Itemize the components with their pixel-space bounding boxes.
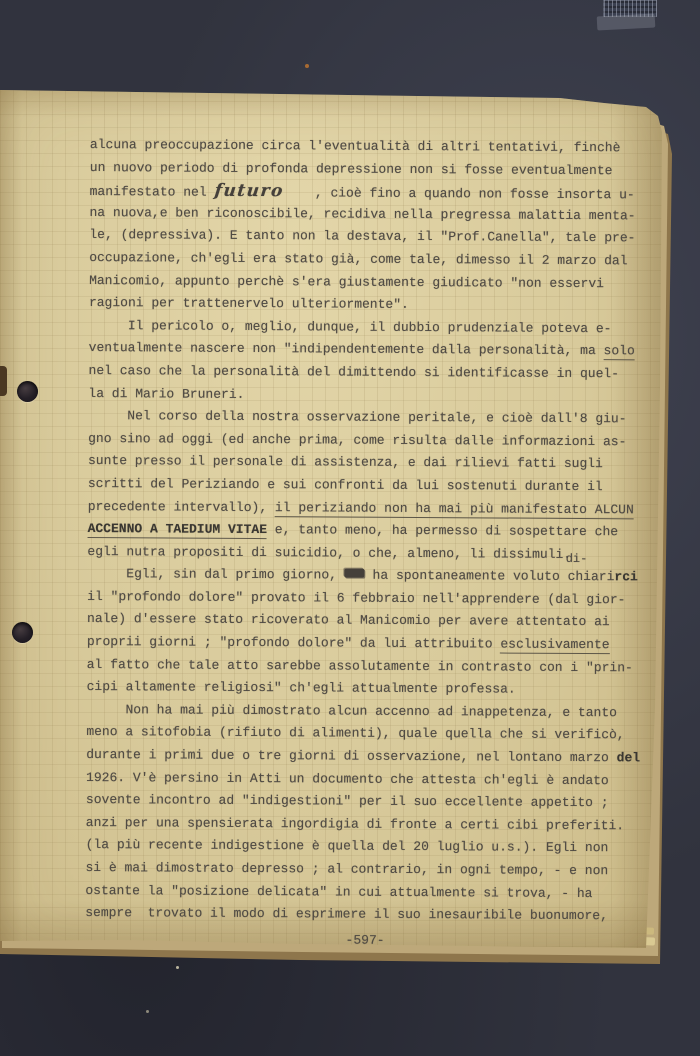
text-line: meno a sitofobia (rifiuto di alimenti), … <box>86 721 646 747</box>
typed-text: Non ha mai più dimostrato alcun accenno … <box>86 702 617 720</box>
typed-text: ostante la "posizione delicata" in cui a… <box>85 883 592 901</box>
text-line: Non ha mai più dimostrato alcun accenno … <box>86 699 646 725</box>
text-line: Nel corso della nostra osservazione peri… <box>88 405 648 431</box>
typed-text: anzi per una spensierata ingordigia di f… <box>86 815 624 833</box>
typed-text: manifestato nel <box>90 184 215 200</box>
typed-text: durante i primi due o tre giorni di osse… <box>86 747 617 765</box>
typed-text: 1926. V'è persino in Atti un documento c… <box>86 770 609 788</box>
text-line: ragioni per trattenervelo ulteriormente"… <box>89 292 649 318</box>
text-line: durante i primi due o tre giorni di osse… <box>86 744 646 770</box>
text-line: al fatto che tale atto sarebbe assolutam… <box>87 654 647 680</box>
text-line: sovente incontro ad "indigestioni" per i… <box>86 789 646 815</box>
typed-text: del <box>617 750 640 765</box>
archive-sticker <box>595 0 657 32</box>
typed-text: egli nutra propositi di suicidio, o che,… <box>87 544 571 562</box>
typed-text: cipi altamente religiosi" ch'egli attual… <box>87 679 516 697</box>
text-line: proprii giorni ; "profondo dolore" da lu… <box>87 631 647 657</box>
typed-text: il periziando non ha mai più manifestato… <box>275 500 634 519</box>
typed-text: esclusivamente <box>500 637 609 655</box>
typed-text: scritti del Periziando e sui confronti d… <box>88 476 603 494</box>
typed-text: ragioni per trattenervelo ulteriormente"… <box>89 295 409 312</box>
punch-hole-bottom <box>12 622 33 643</box>
tape-fragment <box>597 13 656 30</box>
typed-text: al fatto che tale atto sarebbe assolutam… <box>87 657 633 675</box>
typed-text: sunte presso il personale di assistenza,… <box>88 453 603 471</box>
text-line: anzi per una spensierata ingordigia di f… <box>86 812 646 838</box>
typed-text: occupazione, ch'egli era stato già, come… <box>89 250 627 268</box>
text-line: ACCENNO A TAEDIUM VITAE e, tanto meno, h… <box>88 518 648 544</box>
typed-text: nale) d'essere stato ricoverato al Manic… <box>87 611 610 629</box>
typed-text: alcuna preoccupazione circa l'eventualit… <box>90 137 621 155</box>
typed-text: Manicomio, appunto perchè s'era giustame… <box>89 273 604 291</box>
dust-speck <box>305 64 309 68</box>
typed-text: , cioè fino a quando non fosse insorta u… <box>284 185 635 202</box>
page-number: -597- <box>85 928 645 954</box>
typed-text: ha spontaneamente voluto <box>365 568 568 584</box>
text-line: scritti del Periziando e sui confronti d… <box>88 473 648 499</box>
typed-text: le, (depressiva). E tanto non la destava… <box>89 227 635 245</box>
typed-text: Il pericolo o, meglio, dunque, il dubbio… <box>89 318 612 336</box>
typescript-text: alcuna preoccupazione circa l'eventualit… <box>85 134 650 954</box>
text-line: precedente intervallo), il periziando no… <box>88 495 648 521</box>
handwritten-word: futuro <box>213 180 285 203</box>
text-line: ventualmente nascere non "indipendenteme… <box>89 337 649 363</box>
typed-text: la di Mario Bruneri. <box>88 386 244 402</box>
text-line: sempre trovato il modo di esprimere il s… <box>85 902 645 928</box>
text-line: il "profondo dolore" provato il 6 febbra… <box>87 586 647 612</box>
typed-text: si è mai dimostrato depresso ; al contra… <box>85 860 608 878</box>
typed-text: ACCENNO A TAEDIUM VITAE <box>88 521 268 539</box>
typed-text: Nel corso della nostra osservazione peri… <box>88 408 626 426</box>
text-line: gno sino ad oggi (ed anche prima, come r… <box>88 428 648 454</box>
text-line: nel caso che la personalità del dimitten… <box>88 360 648 386</box>
typed-text: chiari <box>568 569 615 584</box>
scanned-document-photo: alcuna preoccupazione circa l'eventualit… <box>0 0 700 1056</box>
typed-text: proprii giorni ; "profondo dolore" da lu… <box>87 634 501 652</box>
typed-text: meno a sitofobia (rifiuto di alimenti), … <box>86 724 624 742</box>
typed-text: un nuovo periodo di profonda depressione… <box>90 160 613 178</box>
dust-speck <box>146 1010 149 1013</box>
text-line: Il pericolo o, meglio, dunque, il dubbio… <box>89 315 649 341</box>
text-line: sunte presso il personale di assistenza,… <box>88 450 648 476</box>
typed-text: na nuova,e ben riconoscibile, recidiva n… <box>89 205 635 223</box>
typed-text: gno sino ad oggi (ed anche prima, come r… <box>88 431 626 449</box>
typed-text: (la più recente indigestione è quella de… <box>86 837 609 855</box>
typed-text: rci <box>614 569 637 584</box>
typed-text: ventualmente nascere non "indipendenteme… <box>89 340 604 358</box>
text-line: 1926. V'è persino in Atti un documento c… <box>86 767 646 793</box>
typed-text: il "profondo dolore" provato il 6 febbra… <box>87 589 625 607</box>
dust-speck <box>176 966 179 969</box>
punch-hole-top <box>17 381 38 402</box>
text-line: cipi altamente religiosi" ch'egli attual… <box>87 676 647 702</box>
typed-text: Egli, sin dal primo giorno, <box>87 566 345 583</box>
text-line: Egli, sin dal primo giorno, ha spontanea… <box>87 563 647 589</box>
typed-text: precedente intervallo), <box>88 498 275 514</box>
typed-text: e, tanto meno, ha permesso di sospettare… <box>267 522 618 539</box>
ink-blot <box>345 569 365 578</box>
binding-edge-notch <box>0 366 7 396</box>
text-line: egli nutra propositi di suicidio, o che,… <box>87 541 647 567</box>
typed-text: nel caso che la personalità del dimitten… <box>89 363 620 381</box>
typed-text: solo <box>604 343 635 360</box>
typed-text: sempre trovato il modo di esprimere il s… <box>85 905 608 923</box>
text-line: nale) d'essere stato ricoverato al Manic… <box>87 608 647 634</box>
text-line: la di Mario Bruneri. <box>88 383 648 409</box>
typed-text: sovente incontro ad "indigestioni" per i… <box>86 792 609 810</box>
